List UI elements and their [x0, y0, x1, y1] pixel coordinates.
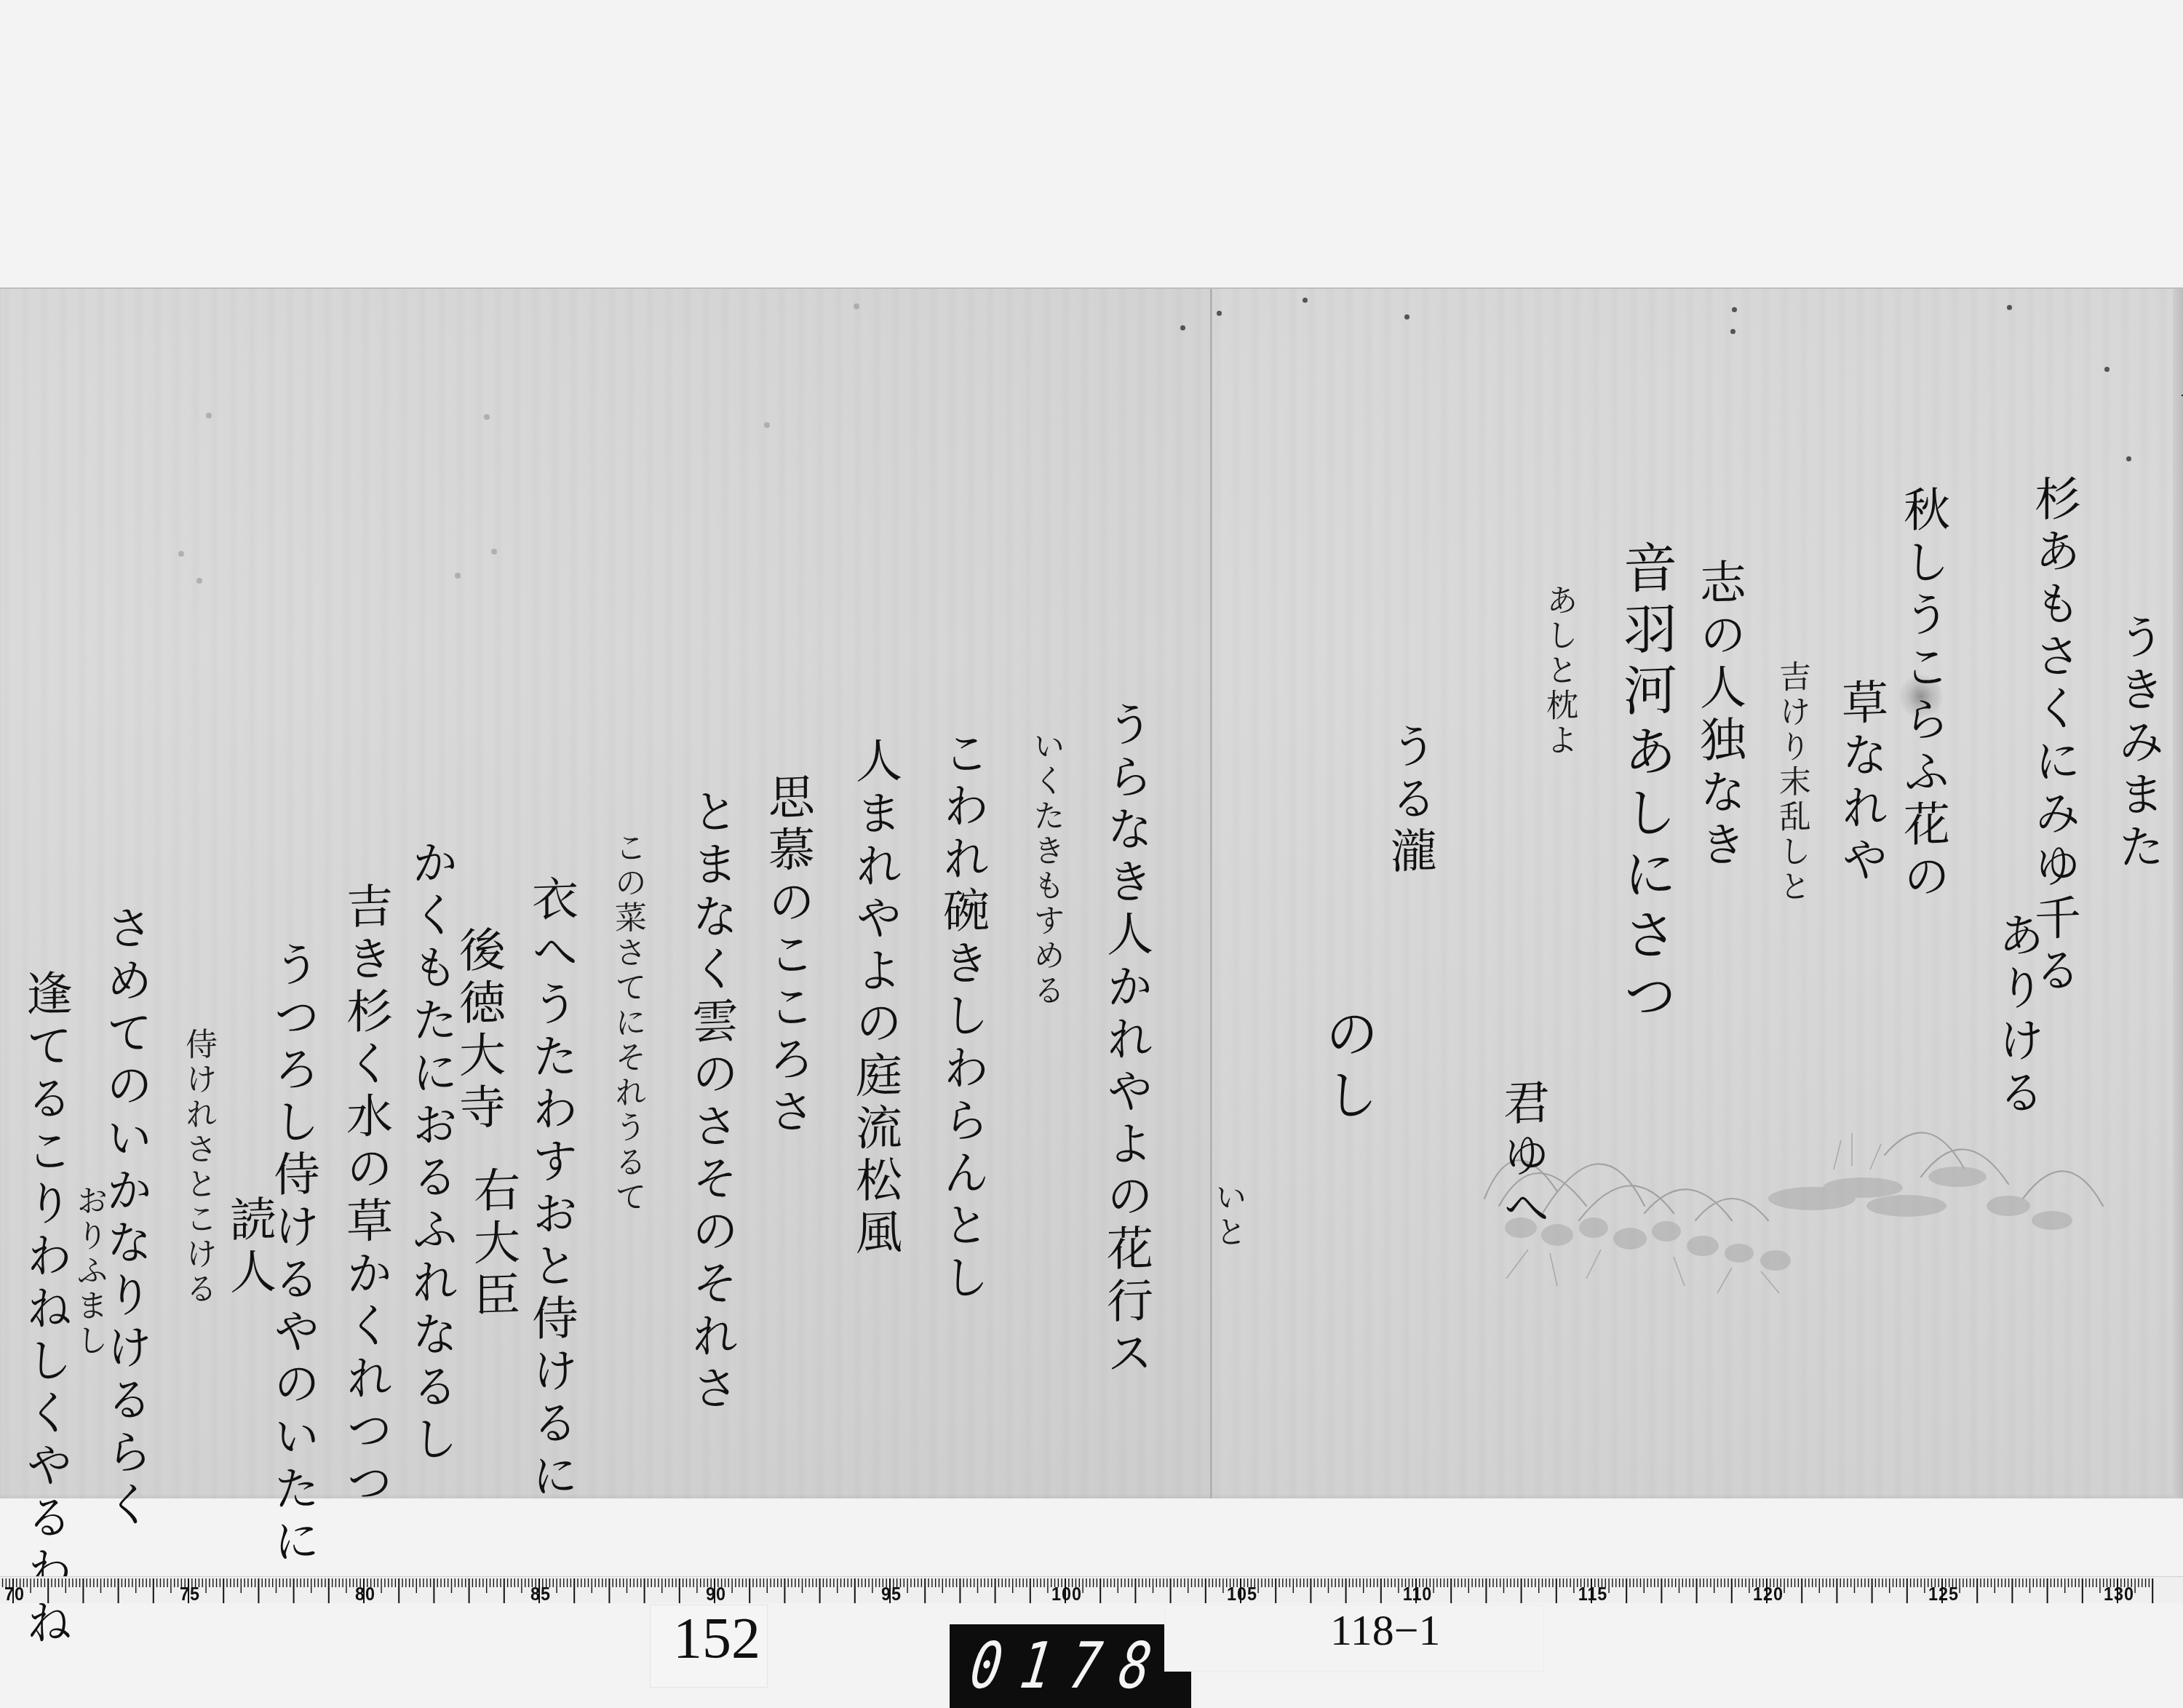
manuscript-column: この菜さてにそれうるて — [611, 830, 643, 1216]
manuscript-column: 音羽河あしにさつ — [1619, 539, 1673, 1030]
ruler-ticks — [0, 1577, 2183, 1603]
manuscript-column: 君ゆへ — [1499, 1078, 1546, 1236]
grass-painting — [1455, 1111, 2110, 1300]
ruler-label: 105 — [1227, 1583, 1257, 1605]
paper-seam — [1210, 289, 1212, 1498]
paper-right-edge — [2173, 289, 2183, 1498]
ruler-label: 90 — [706, 1583, 726, 1605]
foxing-spot — [455, 573, 461, 579]
foxing-spot — [764, 422, 770, 428]
manuscript-column: かくもたにおるふれなるし — [407, 838, 454, 1468]
measurement-ruler: 707580859095100105110115120125130 — [0, 1576, 2183, 1603]
manuscript-column: いくたきもすめる — [1030, 728, 1062, 1009]
manuscript-column: あしと枕よ — [1543, 583, 1575, 759]
foxing-spot — [1404, 314, 1409, 319]
foxing-spot — [1732, 307, 1737, 312]
manuscript-column: うつろし侍けるやのいたに — [269, 940, 316, 1570]
foxing-spot — [1217, 311, 1222, 316]
manuscript-column: こわれ碗きしわらんとし — [939, 728, 985, 1306]
manuscript-column: おりふまし — [73, 1183, 105, 1359]
manuscript-column: さめてのいかなりけるらく — [102, 903, 148, 1533]
manuscript-column: 右大臣 — [469, 1165, 516, 1324]
ruler-label: 95 — [881, 1583, 902, 1605]
foxing-spot — [1303, 298, 1308, 303]
ruler-label: 70 — [4, 1583, 25, 1605]
manuscript-column: うる瀧 — [1386, 721, 1433, 880]
ruler-label: 75 — [180, 1583, 200, 1605]
foxing-spot — [178, 551, 184, 557]
ruler-label: 110 — [1403, 1583, 1432, 1605]
manuscript-column: 読人 — [226, 1194, 272, 1300]
manuscript-column: 思慕のこころさ — [764, 772, 811, 1140]
manuscript-column: 草なれや — [1837, 678, 1884, 889]
manuscript-column: 逢てるこりわねしくやるわね — [22, 969, 68, 1651]
manuscript-column: 衣へうたわすおと侍けるに — [528, 874, 574, 1504]
foxing-spot — [206, 413, 212, 418]
ruler-label: 130 — [2104, 1583, 2134, 1605]
ruler-label: 115 — [1578, 1583, 1607, 1605]
manuscript-column: うきみまた — [2114, 612, 2160, 875]
scan-image: しうきみまた杉あもさくにみゆ千るありける秋しうこらふ花の草なれや吉けり末乱しと志… — [0, 0, 2183, 1708]
manuscript-column: のし — [1321, 1005, 1375, 1129]
catalog-number-label: 118−1 — [1330, 1608, 1441, 1652]
ruler-label: 100 — [1051, 1583, 1082, 1605]
foxing-spot — [484, 414, 490, 420]
ruler-label: 80 — [355, 1583, 375, 1605]
manuscript-column: 侍けれさとこける — [182, 1027, 214, 1308]
manuscript-paper: しうきみまた杉あもさくにみゆ千るありける秋しうこらふ花の草なれや吉けり末乱しと志… — [0, 287, 2183, 1498]
ruler-label: 120 — [1753, 1583, 1784, 1605]
foxing-spot — [196, 578, 202, 584]
foxing-spot — [1730, 329, 1735, 334]
manuscript-column: うらなき人かれやよの花行ス — [1102, 699, 1149, 1382]
frame-counter-digits: 0178 — [945, 1634, 1196, 1698]
manuscript-column: 吉けり末乱しと — [1776, 659, 1808, 905]
manuscript-column: いと — [1212, 1180, 1244, 1251]
manuscript-column: とまなく雲のさそのそれさ — [688, 787, 734, 1417]
foxing-spot — [854, 303, 859, 309]
manuscript-column: 吉き杉く水の草かくれつつ — [342, 881, 389, 1512]
manuscript-column: ありける — [1994, 910, 2040, 1121]
manuscript-column: 後徳大寺 — [455, 925, 501, 1136]
ruler-label: 125 — [1928, 1583, 1959, 1605]
foxing-spot — [1180, 325, 1185, 330]
foxing-spot — [2104, 367, 2110, 372]
foxing-spot — [2126, 456, 2131, 461]
manuscript-column: 人まれやよの庭流松風 — [851, 736, 898, 1261]
manuscript-column: 秋しうこらふ花の — [1899, 485, 1946, 905]
foxing-spot — [2007, 305, 2012, 310]
manuscript-column: 志の人独なき — [1695, 557, 1742, 873]
foxing-spot — [491, 549, 497, 555]
ruler-label: 85 — [530, 1583, 551, 1605]
manuscript-column: し — [2165, 386, 2183, 450]
page-number-label: 152 — [673, 1610, 760, 1668]
frame-counter-box: 0178 — [950, 1624, 1191, 1708]
